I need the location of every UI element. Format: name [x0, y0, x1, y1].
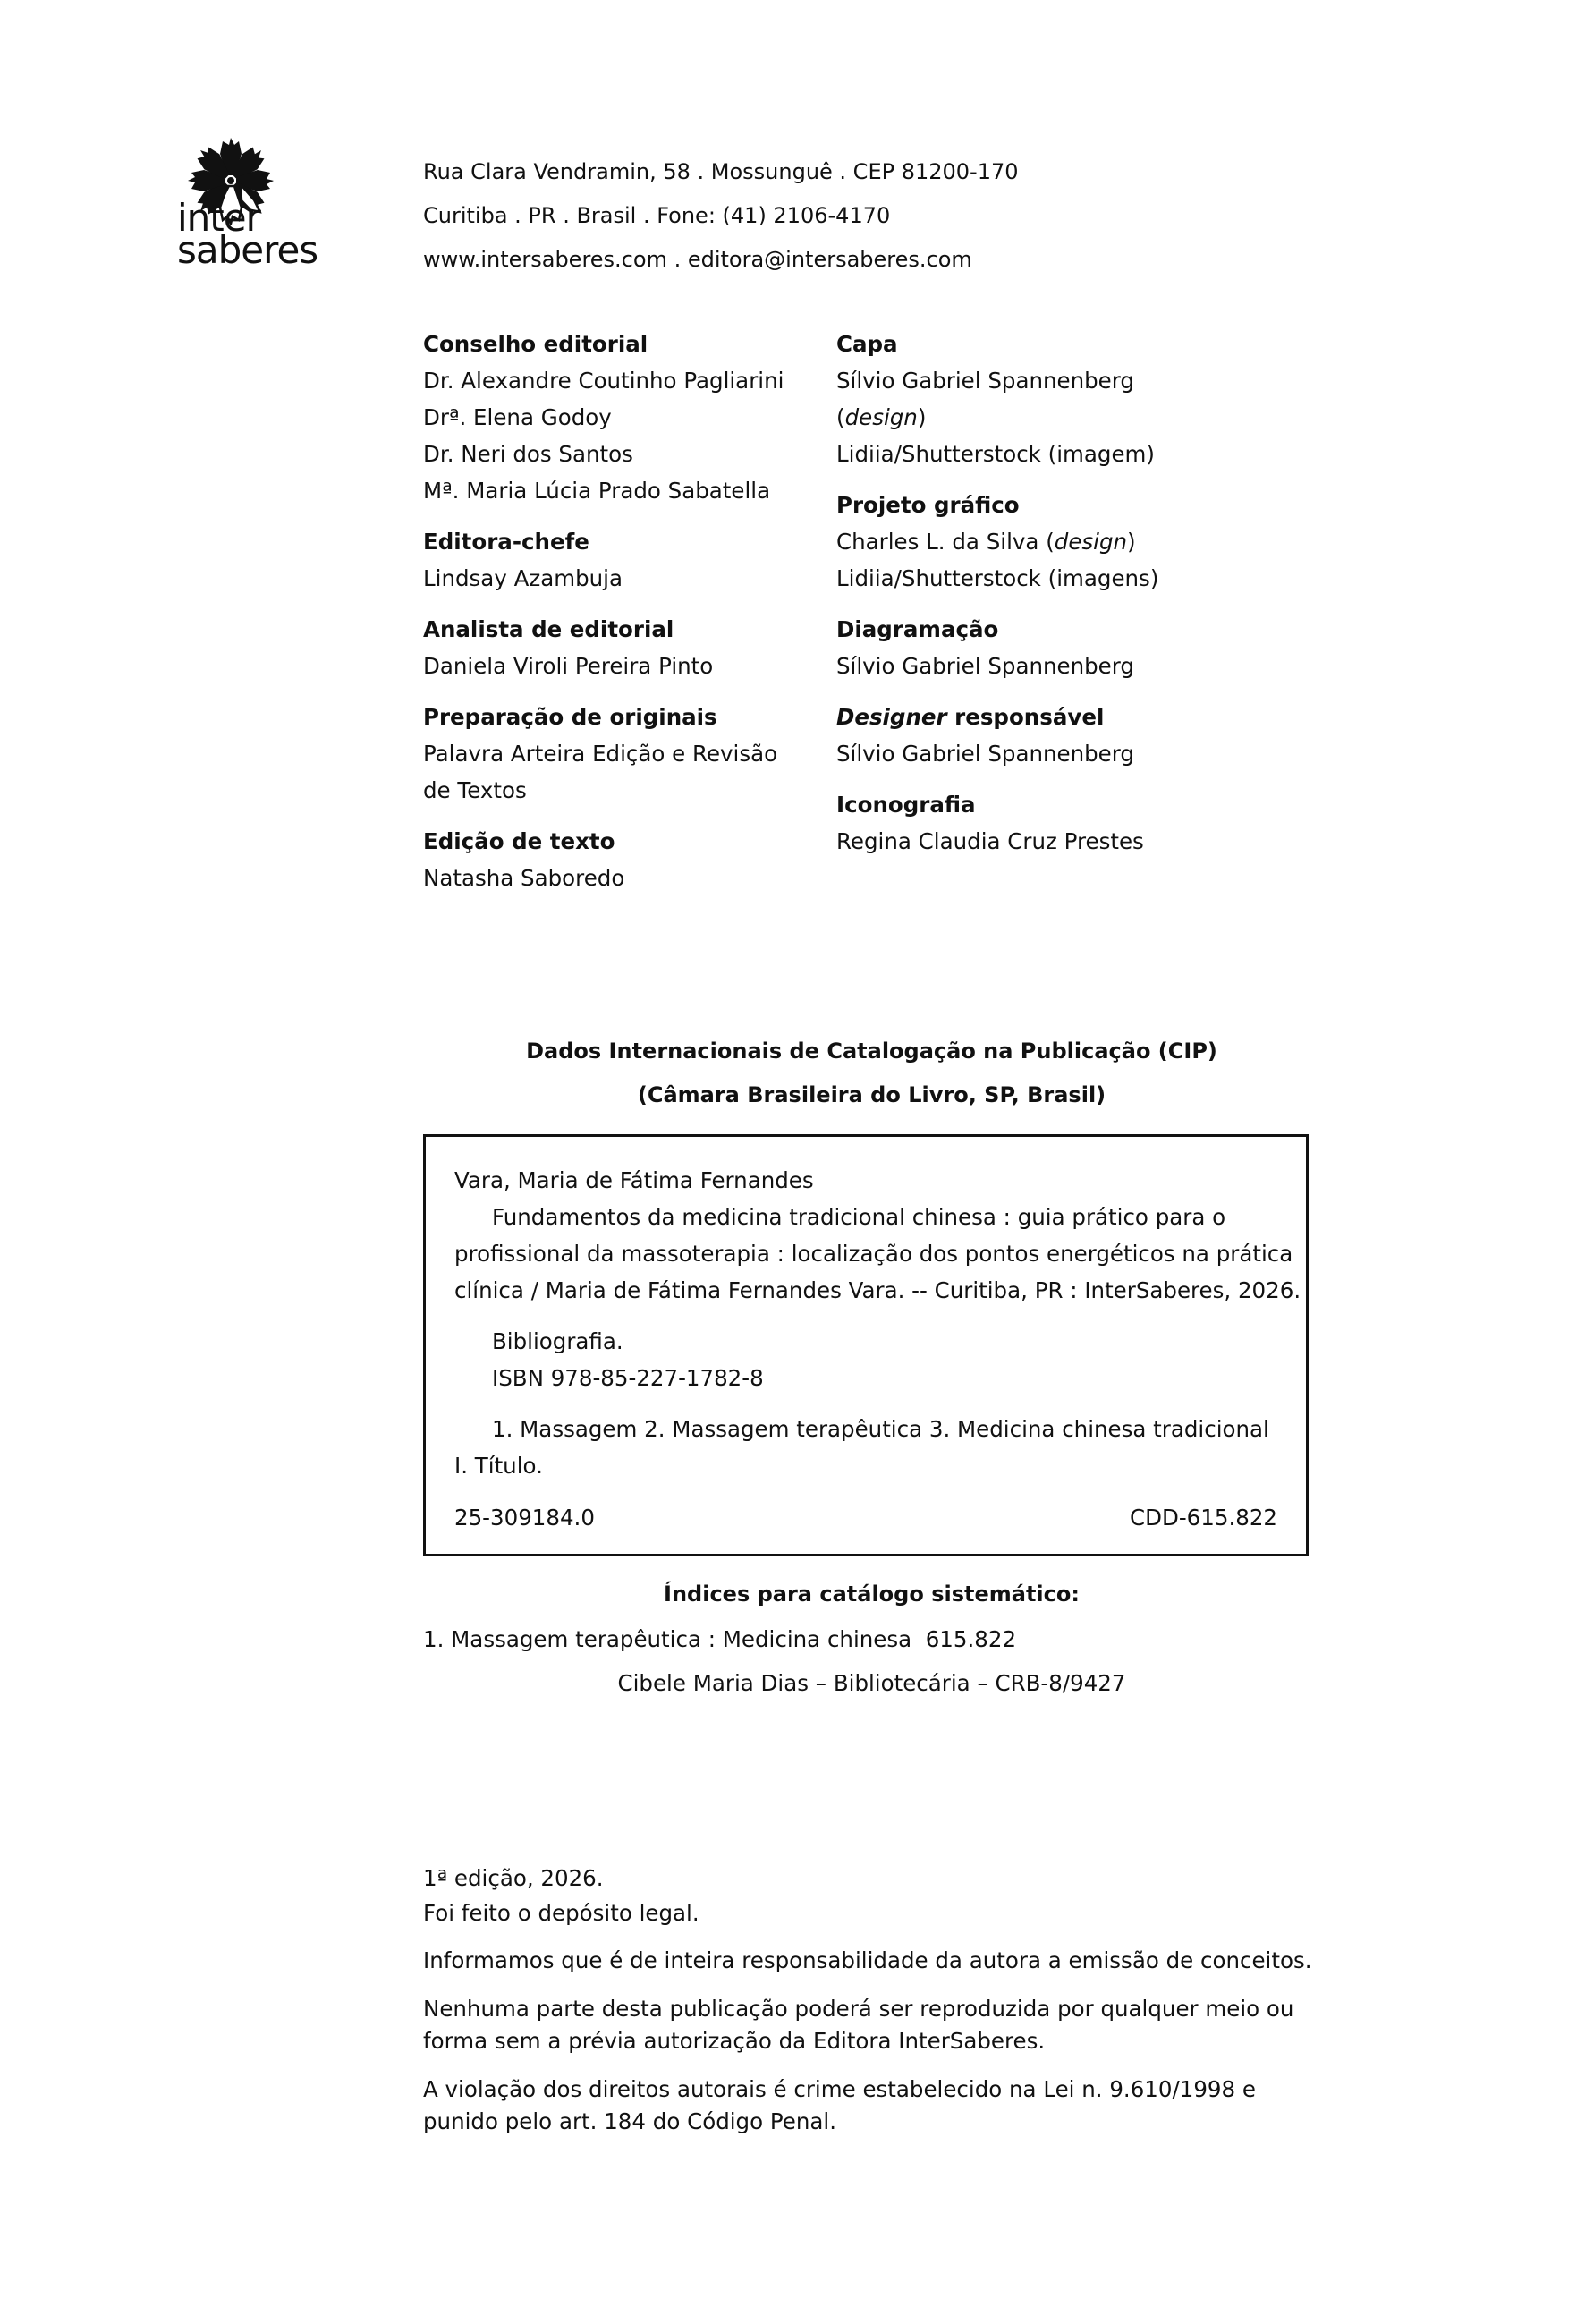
- credit-heading: Diagramação: [836, 611, 1230, 648]
- credit-heading: Analista de editorial: [423, 611, 817, 648]
- credit-value: Daniela Viroli Pereira Pinto: [423, 648, 817, 684]
- librarian-credit: Cibele Maria Dias – Bibliotecária – CRB-…: [423, 1668, 1320, 1699]
- cip-catalog-card: Vara, Maria de Fátima Fernandes Fundamen…: [423, 1134, 1309, 1556]
- credit-value: Mª. Maria Lúcia Prado Sabatella: [423, 472, 817, 509]
- credit-group-designer: Designer responsável Sílvio Gabriel Span…: [836, 699, 1230, 772]
- credit-value: Natasha Saboredo: [423, 860, 817, 896]
- credit-value: Charles L. da Silva (design): [836, 523, 1230, 560]
- credit-value: Sílvio Gabriel Spannenberg (design): [836, 362, 1230, 436]
- credits-right-column: Capa Sílvio Gabriel Spannenberg (design)…: [836, 326, 1230, 874]
- credit-heading: Projeto gráfico: [836, 487, 1230, 523]
- responsibility-notice: Informamos que é de inteira responsabili…: [423, 1945, 1320, 1977]
- address-line: Rua Clara Vendramin, 58 . Mossunguê . CE…: [423, 158, 1019, 185]
- credit-heading: Designer responsável: [836, 699, 1230, 735]
- credit-group-diagramacao: Diagramação Sílvio Gabriel Spannenberg: [836, 611, 1230, 684]
- cip-bibliography: Bibliografia.: [454, 1323, 623, 1360]
- cip-title: Dados Internacionais de Catalogação na P…: [423, 1038, 1320, 1064]
- credit-heading: Iconografia: [836, 786, 1230, 823]
- credit-group-analista: Analista de editorial Daniela Viroli Per…: [423, 611, 817, 684]
- credit-group-capa: Capa Sílvio Gabriel Spannenberg (design)…: [836, 326, 1230, 472]
- edition-line: 1ª edição, 2026.: [423, 1862, 1320, 1895]
- credit-value: Lindsay Azambuja: [423, 560, 817, 597]
- credit-group-editora-chefe: Editora-chefe Lindsay Azambuja: [423, 523, 817, 597]
- credit-value: Palavra Arteira Edição e Revisão: [423, 735, 817, 772]
- credit-value: Lidiia/Shutterstock (imagem): [836, 436, 1230, 472]
- cip-isbn: ISBN 978-85-227-1782-8: [454, 1360, 764, 1396]
- cip-record-number: 25-309184.0: [454, 1499, 595, 1536]
- credit-value: de Textos: [423, 772, 817, 809]
- credit-value: Sílvio Gabriel Spannenberg: [836, 648, 1230, 684]
- credit-value: Dr. Alexandre Coutinho Pagliarini: [423, 362, 817, 399]
- credit-group-projeto-grafico: Projeto gráfico Charles L. da Silva (des…: [836, 487, 1230, 597]
- credit-value: Lidiia/Shutterstock (imagens): [836, 560, 1230, 597]
- credit-value: Dr. Neri dos Santos: [423, 436, 817, 472]
- credit-value: Drª. Elena Godoy: [423, 399, 817, 436]
- cip-subjects: 1. Massagem 2. Massagem terapêutica 3. M…: [454, 1411, 1269, 1447]
- intersaberes-logo: inter saberes: [177, 136, 347, 270]
- credit-group-edicao-texto: Edição de texto Natasha Saboredo: [423, 823, 817, 896]
- index-heading: Índices para catálogo sistemático:: [423, 1581, 1320, 1607]
- logo-word-saberes: saberes: [177, 233, 318, 268]
- cip-subtitle: (Câmara Brasileira do Livro, SP, Brasil): [423, 1081, 1320, 1108]
- credit-value: Regina Claudia Cruz Prestes: [836, 823, 1230, 860]
- copyright-notice: A violação dos direitos autorais é crime…: [423, 2074, 1320, 2138]
- cip-author: Vara, Maria de Fátima Fernandes: [454, 1162, 814, 1199]
- cip-title-entry: I. Título.: [454, 1447, 543, 1484]
- credit-heading: Edição de texto: [423, 823, 817, 860]
- index-entry: 1. Massagem terapêutica : Medicina chine…: [423, 1624, 1016, 1655]
- cip-description-line: clínica / Maria de Fátima Fernandes Vara…: [454, 1272, 1301, 1309]
- city-phone-line: Curitiba . PR . Brasil . Fone: (41) 2106…: [423, 202, 890, 229]
- credits-left-column: Conselho editorial Dr. Alexandre Coutinh…: [423, 326, 817, 911]
- credit-heading: Conselho editorial: [423, 326, 817, 362]
- credit-value: Sílvio Gabriel Spannenberg: [836, 735, 1230, 772]
- credit-group-conselho: Conselho editorial Dr. Alexandre Coutinh…: [423, 326, 817, 509]
- credit-heading: Capa: [836, 326, 1230, 362]
- web-email-line: www.intersaberes.com . editora@intersabe…: [423, 246, 972, 273]
- credit-group-preparacao: Preparação de originais Palavra Arteira …: [423, 699, 817, 809]
- credit-heading: Preparação de originais: [423, 699, 817, 735]
- credit-group-iconografia: Iconografia Regina Claudia Cruz Prestes: [836, 786, 1230, 860]
- cip-description-line: Fundamentos da medicina tradicional chin…: [454, 1199, 1225, 1235]
- cip-cdd: CDD-615.822: [1130, 1499, 1277, 1536]
- credit-heading: Editora-chefe: [423, 523, 817, 560]
- reproduction-notice: Nenhuma parte desta publicação poderá se…: [423, 1993, 1320, 2057]
- cip-description-line: profissional da massoterapia : localizaç…: [454, 1235, 1293, 1272]
- legal-deposit: Foi feito o depósito legal.: [423, 1897, 1320, 1930]
